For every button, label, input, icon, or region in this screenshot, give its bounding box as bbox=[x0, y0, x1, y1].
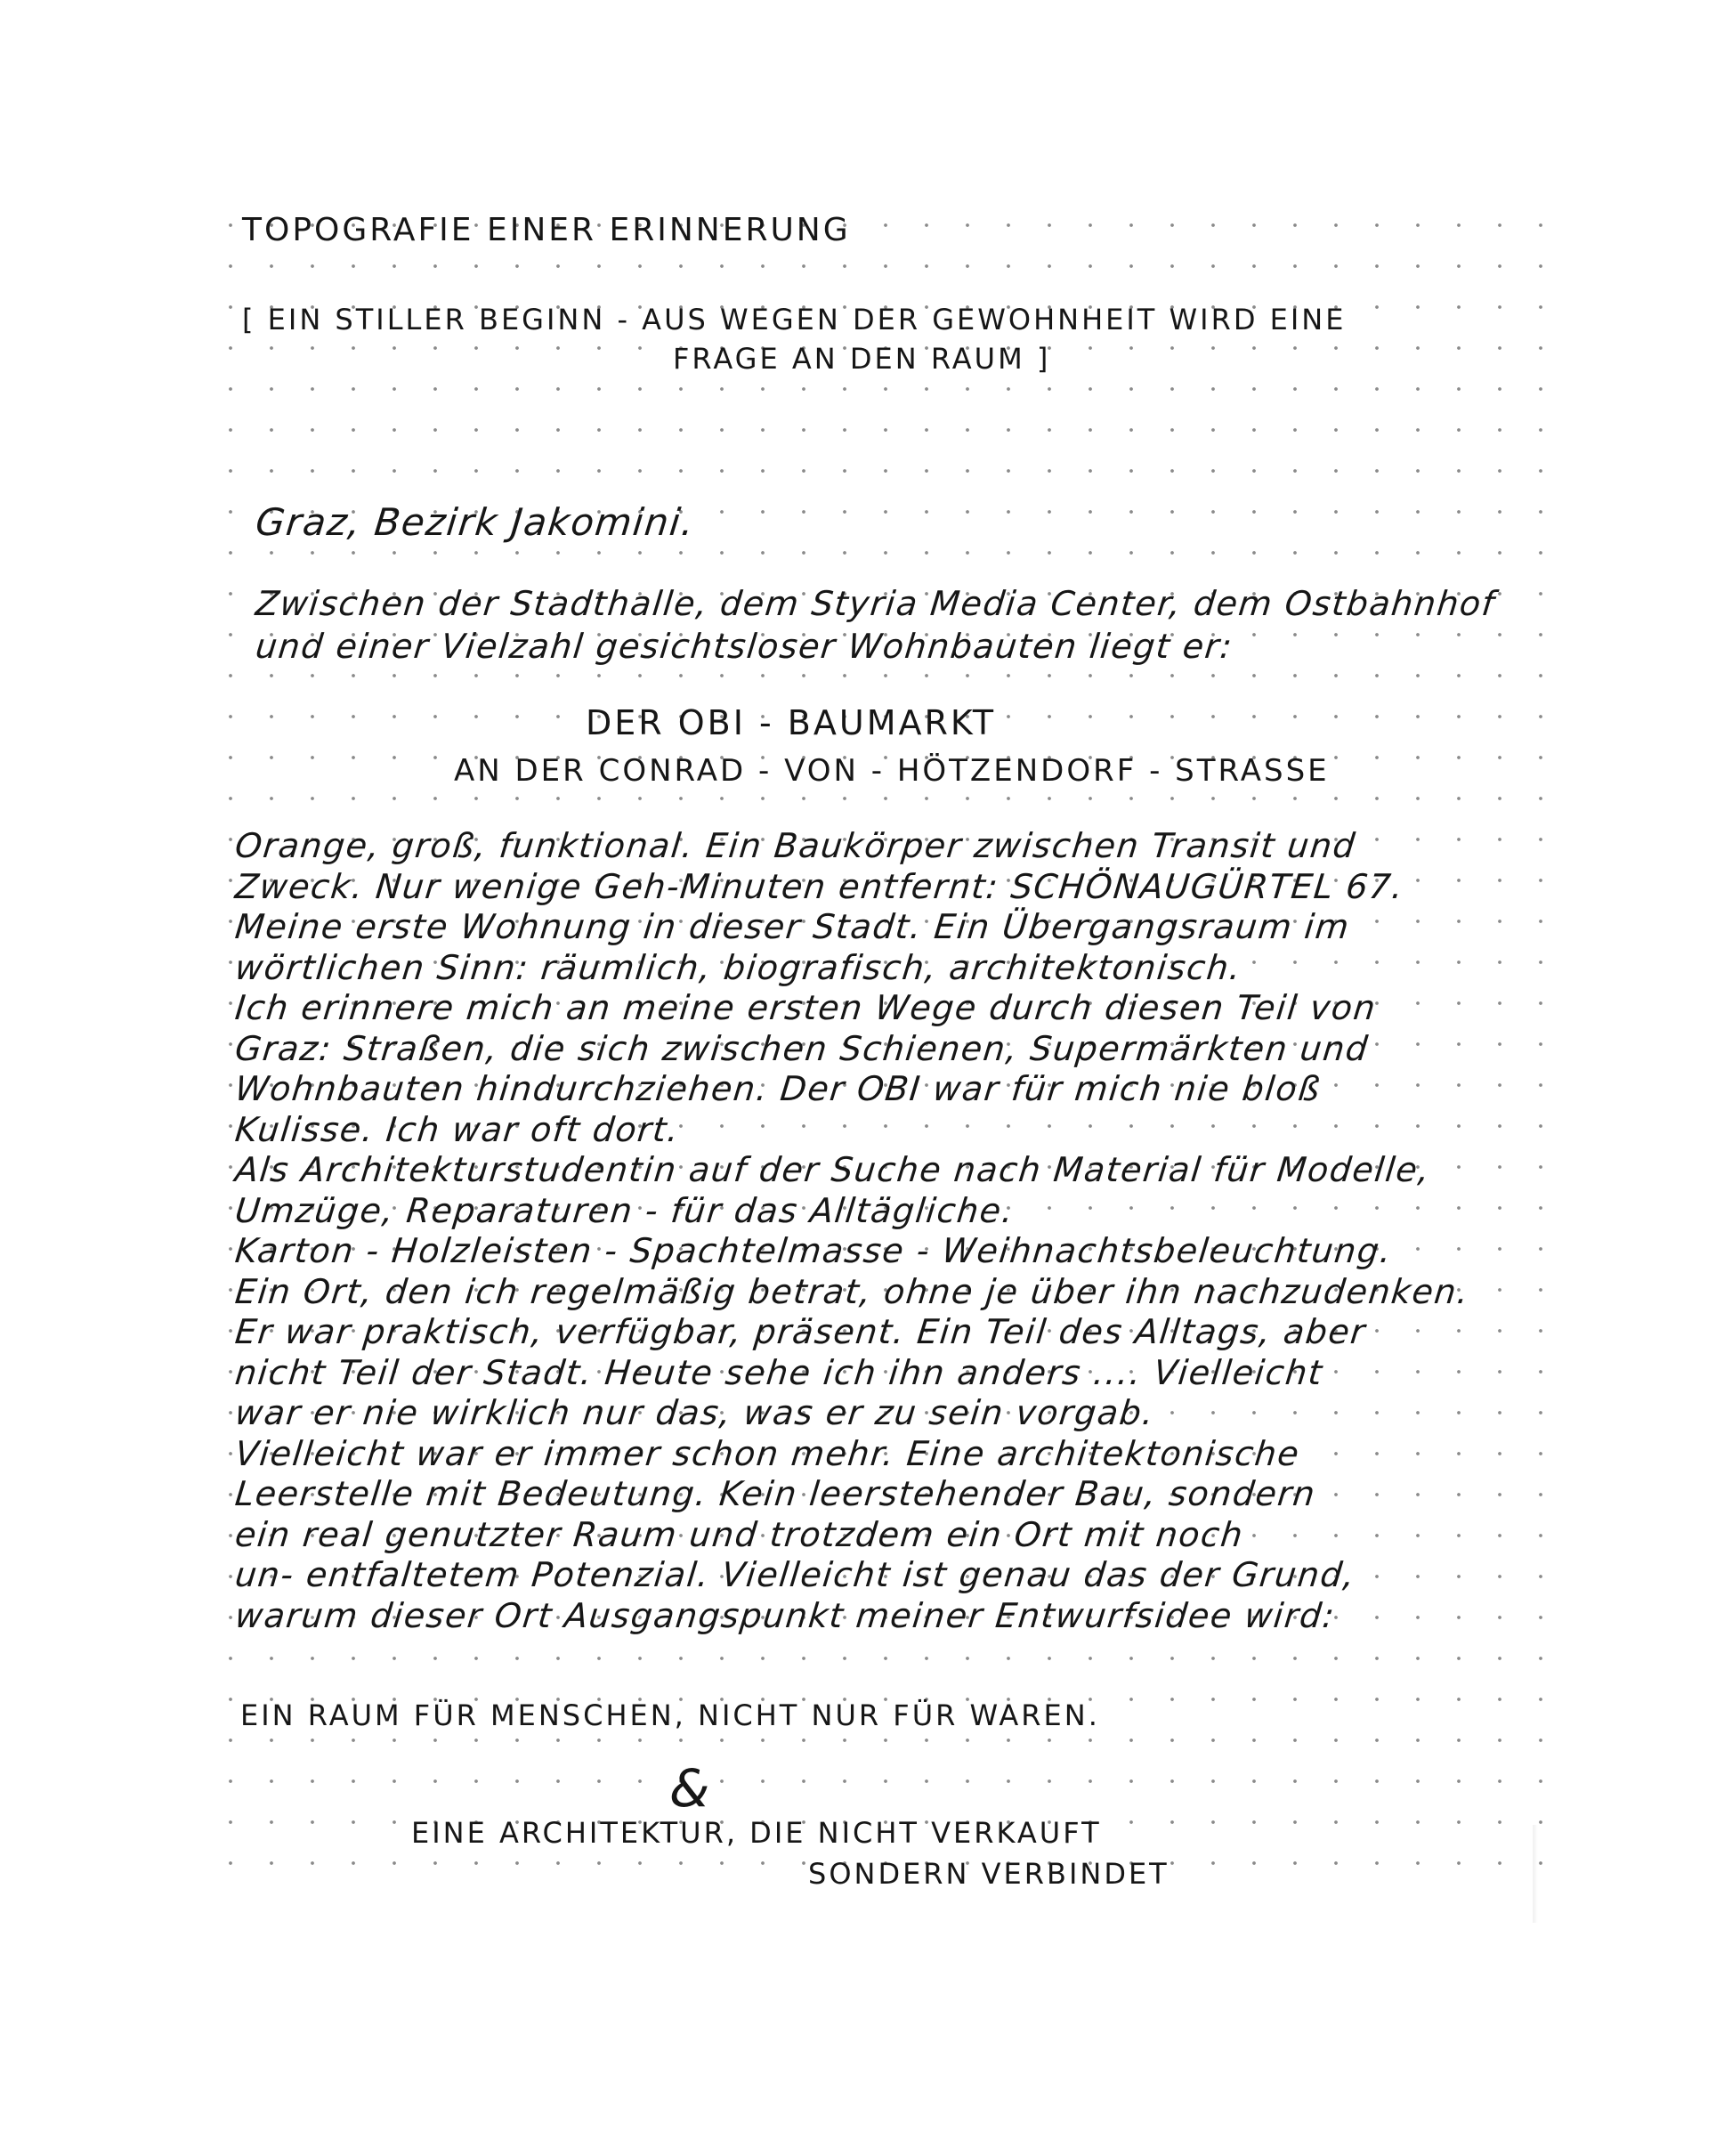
notebook-page: TOPOGRAFIE EINER ERINNERUNG [ EIN STILLE… bbox=[0, 0, 1724, 2156]
body-line: Ein Ort, den ich regelmäßig betrat, ohne… bbox=[233, 1272, 1471, 1311]
body-line: Kulisse. Ich war oft dort. bbox=[233, 1110, 682, 1149]
body-line: Meine erste Wohnung in dieser Stadt. Ein… bbox=[233, 907, 1352, 946]
closing-line-1: EIN RAUM FÜR MENSCHEN, NICHT NUR FÜR WAR… bbox=[240, 1698, 1100, 1732]
body-line: Er war praktisch, verfügbar, präsent. Ei… bbox=[233, 1312, 1368, 1351]
closing-line-2: EINE ARCHITEKTUR, DIE NICHT VERKAUFT bbox=[411, 1816, 1102, 1850]
page-edge-shadow bbox=[1533, 1825, 1538, 1923]
body-line: warum dieser Ort Ausgangspunkt meiner En… bbox=[233, 1596, 1338, 1635]
closing-line-3: SONDERN VERBINDET bbox=[808, 1857, 1170, 1891]
body-line: Orange, groß, funktional. Ein Baukörper … bbox=[233, 826, 1358, 865]
body-line: Karton - Holzleisten - Spachtelmasse - W… bbox=[233, 1231, 1394, 1270]
subtitle-line-2: FRAGE AN DEN RAUM ] bbox=[673, 342, 1050, 376]
body-line: Zweck. Nur wenige Geh-Minuten entfernt: … bbox=[233, 867, 1406, 906]
body-line: wörtlichen Sinn: räumlich, biografisch, … bbox=[233, 948, 1243, 987]
page-title: TOPOGRAFIE EINER ERINNERUNG bbox=[242, 212, 851, 248]
body-line: war er nie wirklich nur das, was er zu s… bbox=[233, 1393, 1156, 1432]
body-line: ein real genutzter Raum und trotzdem ein… bbox=[233, 1515, 1246, 1554]
body-line: Leerstelle mit Bedeutung. Kein leerstehe… bbox=[233, 1474, 1318, 1513]
intro-line-2: und einer Vielzahl gesichtsloser Wohnbau… bbox=[254, 627, 1235, 666]
body-line: nicht Teil der Stadt. Heute sehe ich ihn… bbox=[233, 1353, 1325, 1392]
body-line: Umzüge, Reparaturen - für das Alltäglich… bbox=[233, 1191, 1016, 1230]
place-heading: Graz, Bezirk Jakomini. bbox=[254, 500, 697, 544]
ampersand-mark: & bbox=[669, 1758, 710, 1819]
intro-line-1: Zwischen der Stadthalle, dem Styria Medi… bbox=[254, 584, 1497, 623]
body-line: Ich erinnere mich an meine ersten Wege d… bbox=[233, 988, 1379, 1027]
body-line: Vielleicht war er immer schon mehr. Eine… bbox=[233, 1434, 1302, 1473]
headline-line-2: AN DER CONRAD - VON - HÖTZENDORF - STRAS… bbox=[454, 753, 1330, 789]
body-line: un- entfaltetem Potenzial. Vielleicht is… bbox=[233, 1555, 1357, 1594]
body-line: Graz: Straßen, die sich zwischen Schiene… bbox=[233, 1029, 1371, 1068]
subtitle-line-1: [ EIN STILLER BEGINN - AUS WEGEN DER GEW… bbox=[242, 303, 1346, 336]
headline-line-1: DER OBI - BAUMARKT bbox=[586, 703, 996, 742]
body-line: Als Architekturstudentin auf der Suche n… bbox=[233, 1150, 1432, 1189]
body-line: Wohnbauten hindurchziehen. Der OBI war f… bbox=[233, 1069, 1323, 1108]
